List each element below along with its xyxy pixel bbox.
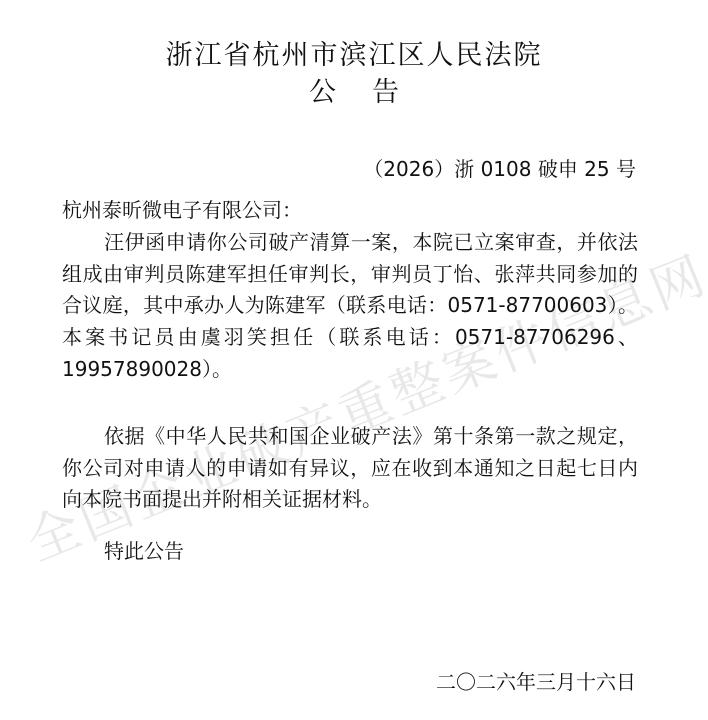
addressee: 杭州泰昕微电子有限公司： — [62, 195, 638, 227]
case-number: （2026）浙 0108 破申 25 号 — [363, 155, 636, 183]
document-type-title: 公告 — [0, 75, 708, 111]
closing-statement: 特此公告 — [62, 536, 638, 568]
court-name: 浙江省杭州市滨江区人民法院 — [0, 38, 708, 74]
paragraph-case-info: 汪伊函申请你公司破产清算一案，本院已立案审查，并依法组成由审判员陈建军担任审判长… — [62, 227, 638, 386]
announcement-page: 全国企业破产重整案件信息网 浙江省杭州市滨江区人民法院 公告 （2026）浙 0… — [0, 0, 708, 720]
issue-date: 二〇二六年三月十六日 — [436, 668, 636, 696]
paragraph-objection-notice: 依据《中华人民共和国企业破产法》第十条第一款之规定，你公司对申请人的申请如有异议… — [62, 421, 638, 516]
